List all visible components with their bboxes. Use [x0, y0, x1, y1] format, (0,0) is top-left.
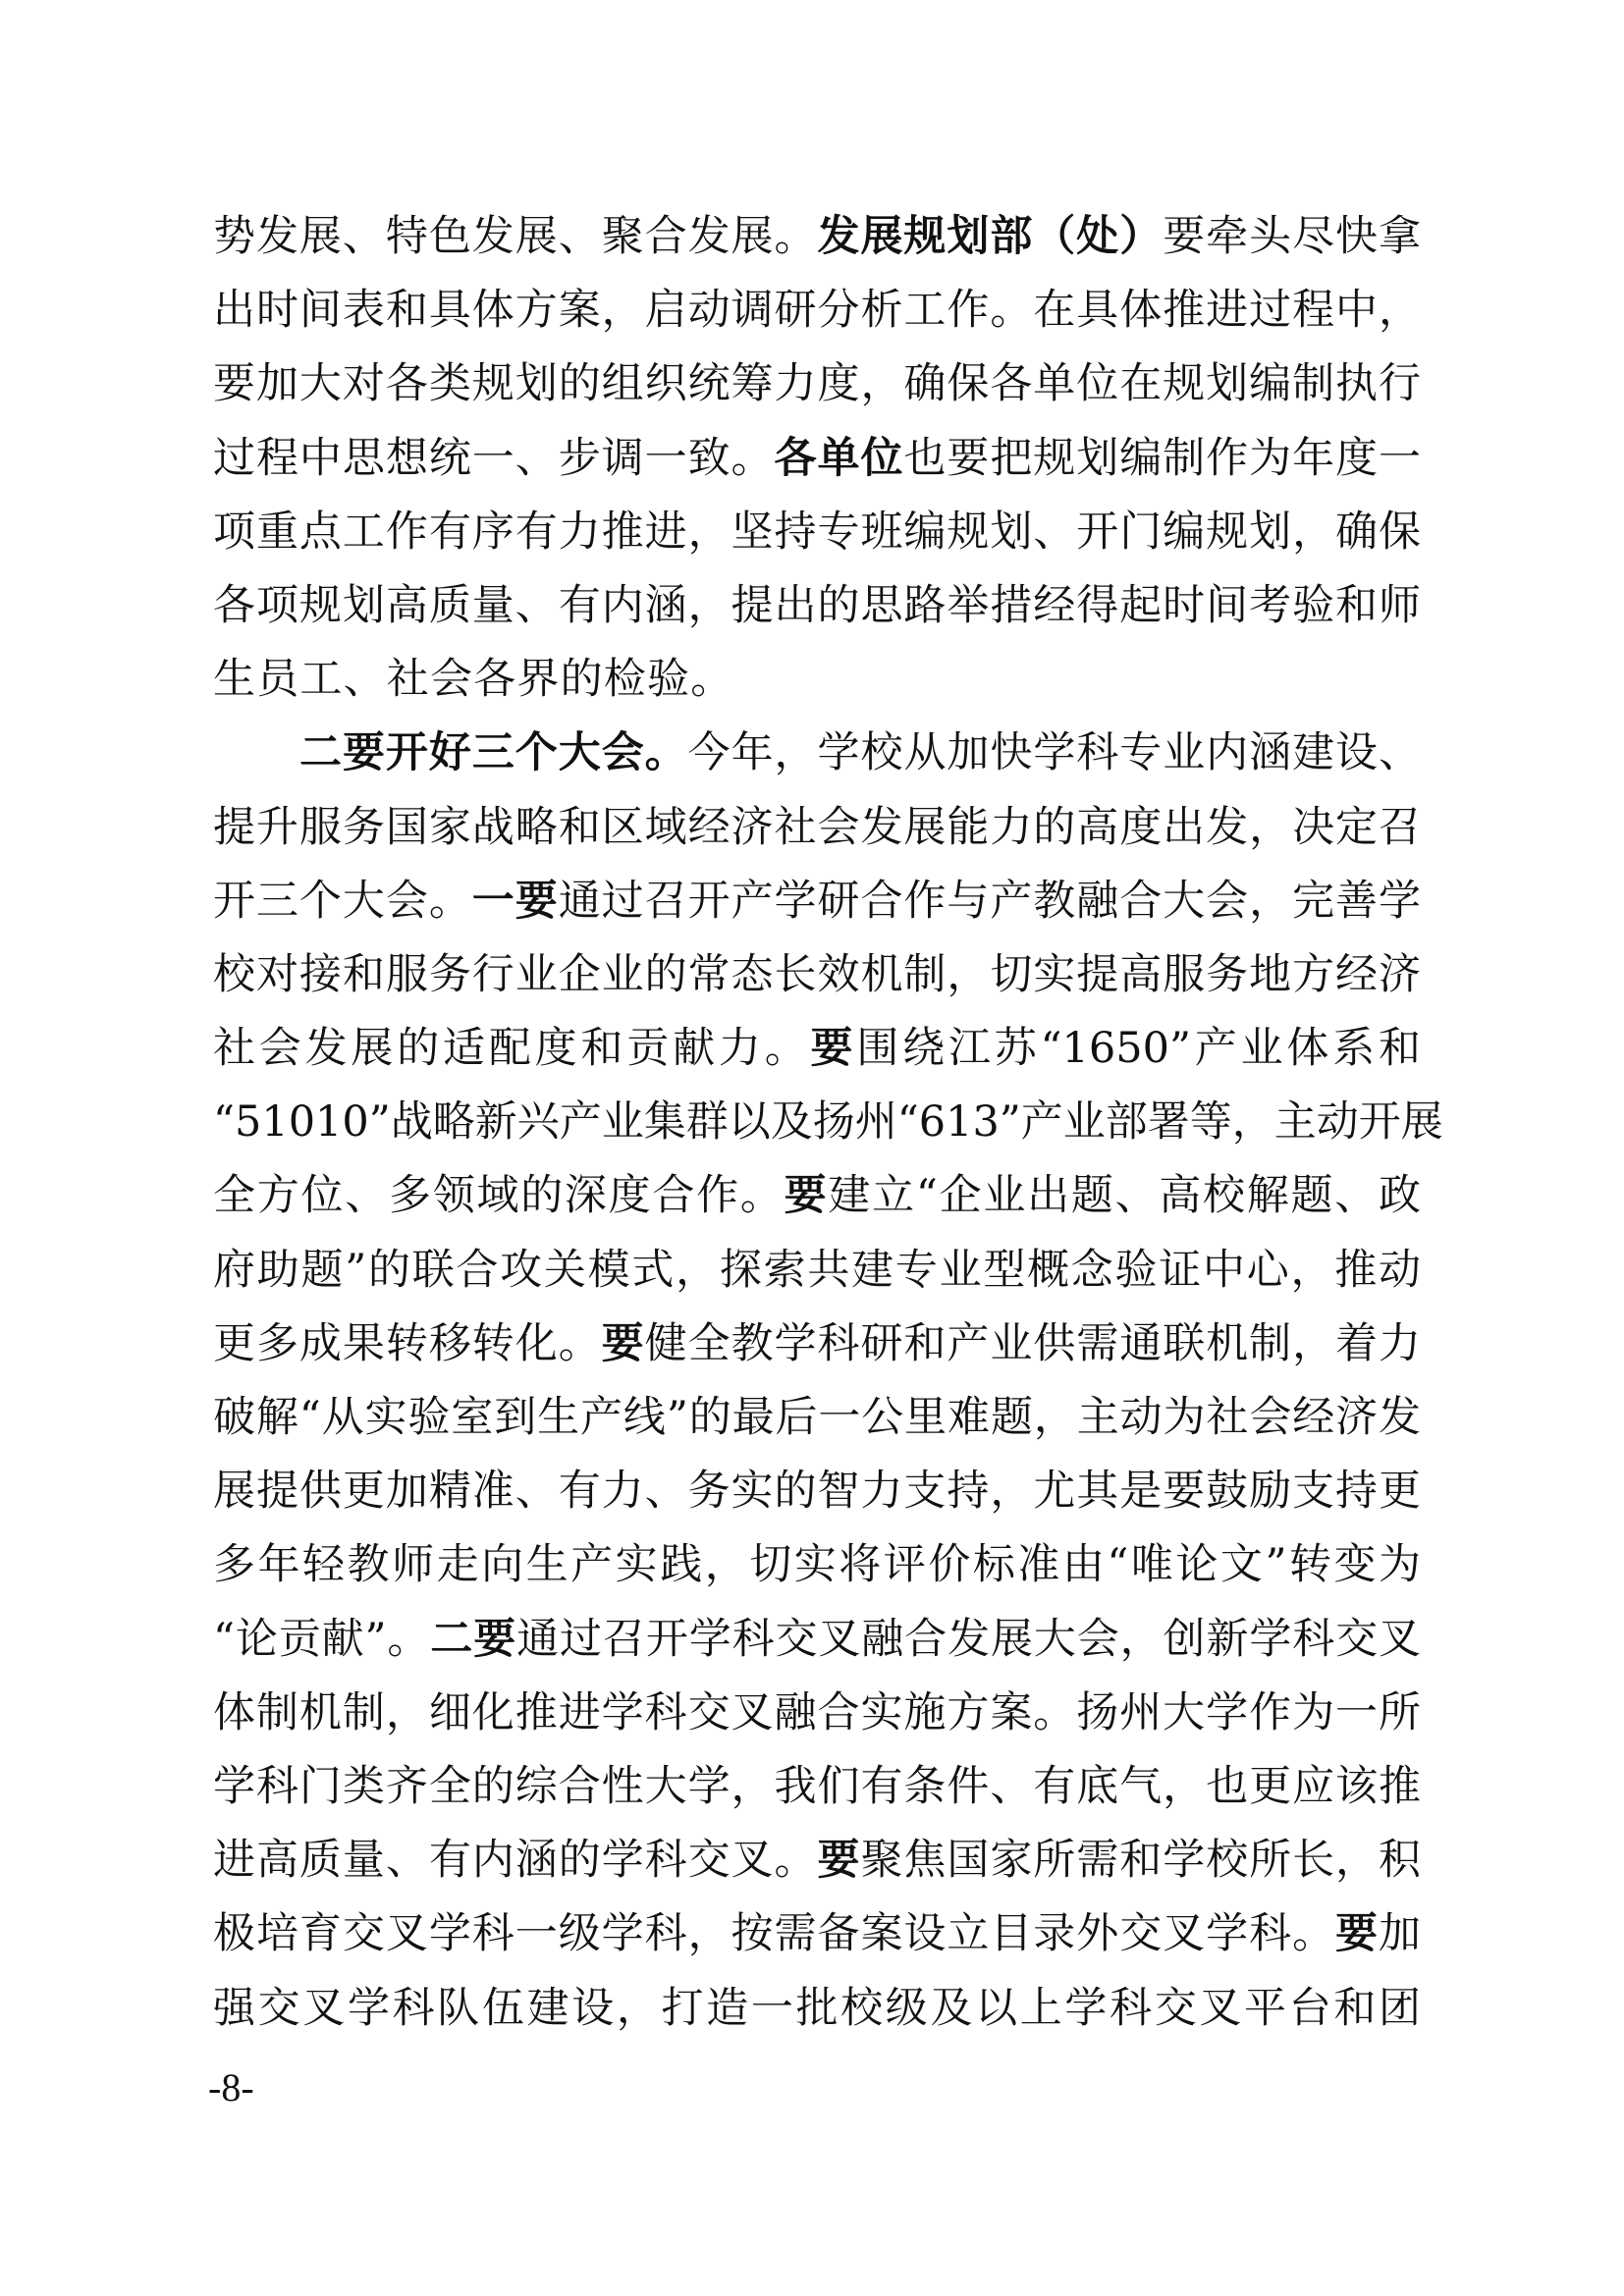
text-segment: 通过召开产学研合作与产教融合大会，完善学: [559, 877, 1421, 926]
text-segment: 聚焦国家所需和学校所长，积: [860, 1836, 1421, 1885]
bold-text-segment: 二要开好三个大会。: [299, 728, 688, 777]
text-segment: 开三个大会。: [213, 877, 472, 926]
text-segment: 要加大对各类规划的组织统筹力度，确保各单位在规划编制执行: [213, 359, 1421, 408]
text-segment: 多年轻教师走向生产实践，切实将评价标准由“唯论文”转变为: [213, 1540, 1421, 1589]
text-segment: 加: [1379, 1909, 1421, 1958]
text-line: 二要开好三个大会。今年，学校从加快学科专业内涵建设、: [213, 717, 1421, 790]
text-segment: 各项规划高质量、有内涵，提出的思路举措经得起时间考验和师: [213, 581, 1421, 630]
text-line: 进高质量、有内涵的学科交叉。要聚焦国家所需和学校所长，积: [213, 1824, 1421, 1897]
text-segment: 势发展、特色发展、聚合发展。: [213, 212, 817, 261]
bold-text-segment: 发展规划部（处）: [817, 212, 1163, 261]
text-segment: “论贡献”。: [213, 1615, 430, 1664]
text-line: “51010”战略新兴产业集群以及扬州“613”产业部署等，主动开展: [213, 1086, 1421, 1159]
bold-text-segment: 各单位: [775, 434, 904, 483]
text-line: 展提供更加精准、有力、务实的智力支持，尤其是要鼓励支持更: [213, 1455, 1421, 1528]
text-line: 开三个大会。一要通过召开产学研合作与产教融合大会，完善学: [213, 865, 1421, 938]
text-line: 各项规划高质量、有内涵，提出的思路举措经得起时间考验和师: [213, 569, 1421, 643]
text-segment: 要牵头尽快拿: [1163, 212, 1421, 261]
text-segment: 出时间表和具体方案，启动调研分析工作。在具体推进过程中，: [213, 286, 1421, 335]
text-segment: 府助题”的联合攻关模式，探索共建专业型概念验证中心，推动: [213, 1246, 1421, 1295]
text-line: 多年轻教师走向生产实践，切实将评价标准由“唯论文”转变为: [213, 1528, 1421, 1602]
text-line: 过程中思想统一、步调一致。各单位也要把规划编制作为年度一: [213, 422, 1421, 496]
text-segment: 健全教学科研和产业供需通联机制，着力: [645, 1319, 1421, 1368]
text-line: 体制机制，细化推进学科交叉融合实施方案。扬州大学作为一所: [213, 1677, 1421, 1750]
text-segment: 更多成果转移转化。: [213, 1319, 602, 1368]
text-line: 强交叉学科队伍建设，打造一批校级及以上学科交叉平台和团: [213, 1972, 1421, 2046]
text-segment: 建立“企业出题、高校解题、政: [828, 1171, 1421, 1220]
text-line: 生员工、社会各界的检验。: [213, 643, 1421, 717]
text-line: 项重点工作有序有力推进，坚持专班编规划、开门编规划，确保: [213, 496, 1421, 569]
text-segment: 极培育交叉学科一级学科，按需备案设立目录外交叉学科。: [213, 1909, 1335, 1958]
text-line: 出时间表和具体方案，启动调研分析工作。在具体推进过程中，: [213, 274, 1421, 347]
text-line: 校对接和服务行业企业的常态长效机制，切实提高服务地方经济: [213, 938, 1421, 1012]
bold-text-segment: 要: [785, 1171, 829, 1220]
text-segment: 校对接和服务行业企业的常态长效机制，切实提高服务地方经济: [213, 950, 1421, 999]
text-segment: “51010”战略新兴产业集群以及扬州“613”产业部署等，主动开展: [213, 1097, 1443, 1147]
document-page: 势发展、特色发展、聚合发展。发展规划部（处）要牵头尽快拿出时间表和具体方案，启动…: [0, 0, 1624, 2296]
text-segment: 强交叉学科队伍建设，打造一批校级及以上学科交叉平台和团: [213, 1984, 1421, 2033]
text-segment: 今年，学校从加快学科专业内涵建设、: [688, 728, 1421, 777]
text-segment: 生员工、社会各界的检验。: [213, 655, 733, 704]
text-line: 社会发展的适配度和贡献力。要围绕江苏“1650”产业体系和: [213, 1012, 1421, 1086]
text-segment: 进高质量、有内涵的学科交叉。: [213, 1836, 817, 1885]
text-segment: 围绕江苏“1650”产业体系和: [856, 1024, 1421, 1073]
text-segment: 也要把规划编制作为年度一: [903, 434, 1421, 483]
text-segment: 学科门类齐全的综合性大学，我们有条件、有底气，也更应该推: [213, 1762, 1421, 1811]
text-line: “论贡献”。二要通过召开学科交叉融合发展大会，创新学科交叉: [213, 1603, 1421, 1677]
text-segment: 项重点工作有序有力推进，坚持专班编规划、开门编规划，确保: [213, 507, 1421, 557]
text-line: 全方位、多领域的深度合作。要建立“企业出题、高校解题、政: [213, 1159, 1421, 1233]
text-line: 提升服务国家战略和区域经济社会发展能力的高度出发，决定召: [213, 791, 1421, 865]
text-line: 更多成果转移转化。要健全教学科研和产业供需通联机制，着力: [213, 1308, 1421, 1381]
page-number: -8-: [208, 2066, 254, 2109]
text-segment: 通过召开学科交叉融合发展大会，创新学科交叉: [516, 1615, 1421, 1664]
text-line: 极培育交叉学科一级学科，按需备案设立目录外交叉学科。要加: [213, 1897, 1421, 1971]
bold-text-segment: 要: [602, 1319, 645, 1368]
bold-text-segment: 要: [1335, 1909, 1379, 1958]
bold-text-segment: 要: [811, 1024, 857, 1073]
bold-text-segment: 要: [817, 1836, 860, 1885]
text-line: 府助题”的联合攻关模式，探索共建专业型概念验证中心，推动: [213, 1234, 1421, 1308]
text-segment: 破解“从实验室到生产线”的最后一公里难题，主动为社会经济发: [213, 1393, 1421, 1442]
bold-text-segment: 二要: [430, 1615, 516, 1664]
text-segment: 体制机制，细化推进学科交叉融合实施方案。扬州大学作为一所: [213, 1688, 1421, 1737]
text-segment: 全方位、多领域的深度合作。: [213, 1171, 785, 1220]
text-segment: 社会发展的适配度和贡献力。: [213, 1024, 811, 1073]
text-segment: 提升服务国家战略和区域经济社会发展能力的高度出发，决定召: [213, 803, 1421, 852]
body-text: 势发展、特色发展、聚合发展。发展规划部（处）要牵头尽快拿出时间表和具体方案，启动…: [213, 200, 1421, 2046]
text-line: 要加大对各类规划的组织统筹力度，确保各单位在规划编制执行: [213, 347, 1421, 421]
text-segment: 过程中思想统一、步调一致。: [213, 434, 775, 483]
text-line: 学科门类齐全的综合性大学，我们有条件、有底气，也更应该推: [213, 1750, 1421, 1824]
bold-text-segment: 一要: [472, 877, 559, 926]
text-line: 势发展、特色发展、聚合发展。发展规划部（处）要牵头尽快拿: [213, 200, 1421, 274]
text-segment: 展提供更加精准、有力、务实的智力支持，尤其是要鼓励支持更: [213, 1467, 1421, 1516]
text-line: 破解“从实验室到生产线”的最后一公里难题，主动为社会经济发: [213, 1381, 1421, 1455]
